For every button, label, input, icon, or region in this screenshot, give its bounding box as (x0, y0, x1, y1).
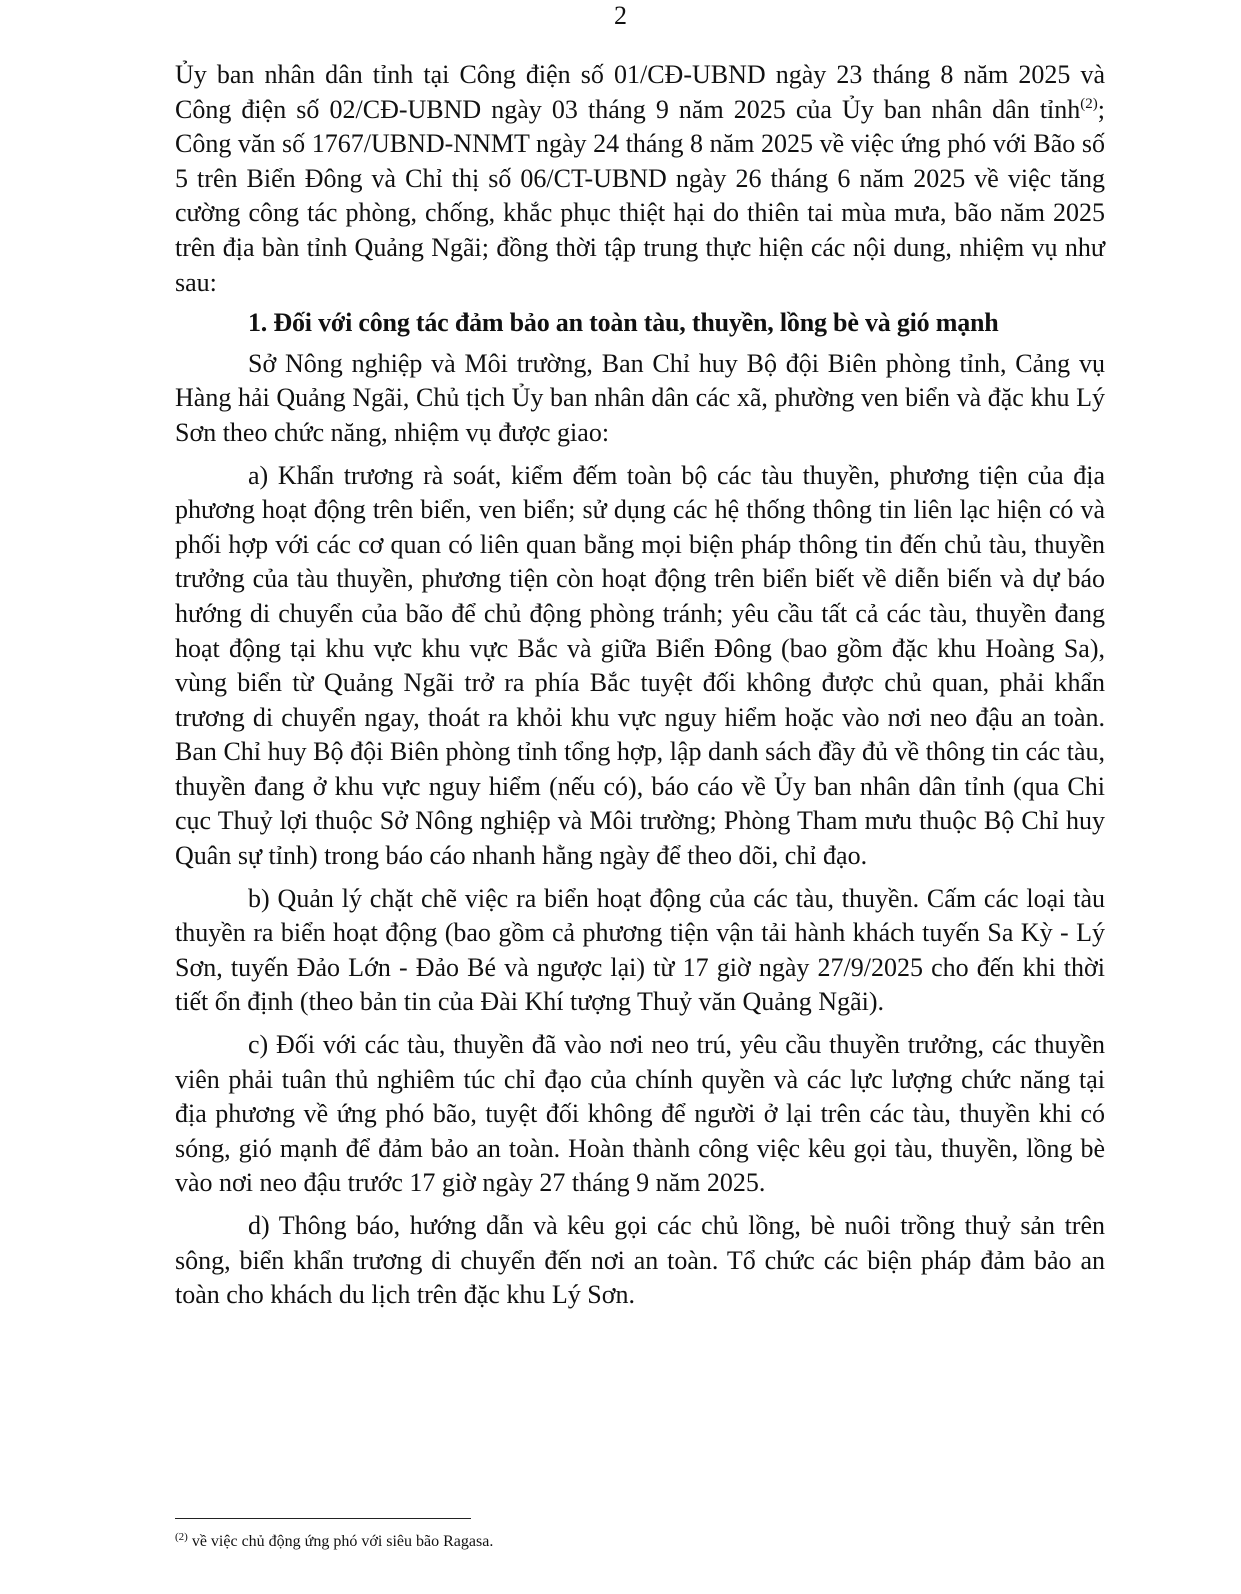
section-heading: 1. Đối với công tác đảm bảo an toàn tàu,… (175, 306, 1105, 341)
list-item-a: a) Khẩn trương rà soát, kiểm đếm toàn bộ… (175, 459, 1105, 874)
page-number: 2 (0, 0, 1241, 32)
item-label: a) (248, 461, 268, 490)
list-item-b: b) Quản lý chặt chẽ việc ra biển hoạt độ… (175, 882, 1105, 1020)
item-text: Khẩn trương rà soát, kiểm đếm toàn bộ cá… (175, 461, 1105, 871)
footnote: (2) về việc chủ động ứng phó với siêu bã… (175, 1530, 1105, 1554)
footnote-separator (175, 1518, 471, 1519)
list-item-d: d) Thông báo, hướng dẫn và kêu gọi các c… (175, 1209, 1105, 1313)
footnote-text: về việc chủ động ứng phó với siêu bão Ra… (188, 1533, 494, 1550)
item-text: Quản lý chặt chẽ việc ra biển hoạt động … (175, 884, 1105, 1017)
footnote-number: (2) (175, 1531, 188, 1543)
item-label: d) (248, 1211, 270, 1240)
footnote-reference: (2) (1080, 96, 1098, 112)
section-lead-paragraph: Sở Nông nghiệp và Môi trường, Ban Chỉ hu… (175, 347, 1105, 451)
document-body: Ủy ban nhân dân tỉnh tại Công điện số 01… (175, 58, 1105, 1313)
intro-text-before-ref: Ủy ban nhân dân tỉnh tại Công điện số 01… (175, 60, 1105, 124)
item-label: c) (248, 1030, 268, 1059)
item-label: b) (248, 884, 270, 913)
item-text: Đối với các tàu, thuyền đã vào nơi neo t… (175, 1030, 1105, 1197)
intro-paragraph: Ủy ban nhân dân tỉnh tại Công điện số 01… (175, 58, 1105, 300)
list-item-c: c) Đối với các tàu, thuyền đã vào nơi ne… (175, 1028, 1105, 1201)
intro-text-after-ref: ; Công văn số 1767/UBND-NNMT ngày 24 thá… (175, 95, 1105, 297)
item-text: Thông báo, hướng dẫn và kêu gọi các chủ … (175, 1211, 1105, 1309)
